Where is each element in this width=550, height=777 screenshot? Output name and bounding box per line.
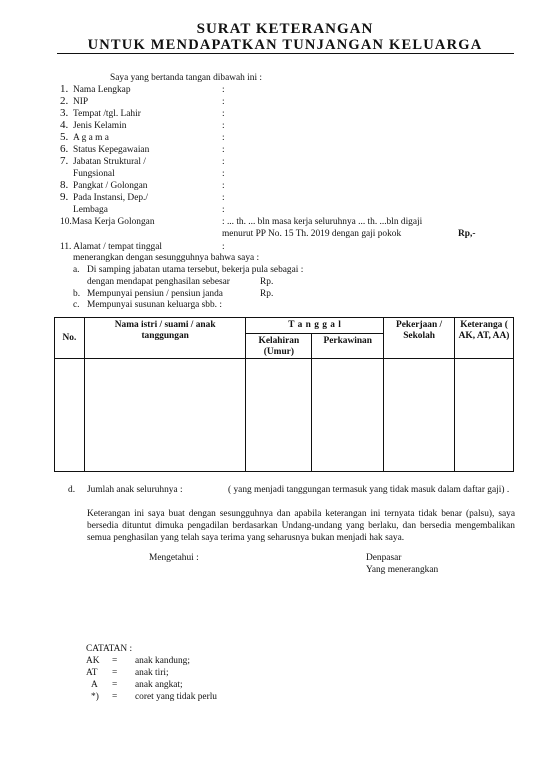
- jumlah-note-line1: ( yang menjadi tanggungan termasuk yang …: [228, 484, 515, 496]
- gaji-pokok-rp: Rp,-: [458, 228, 475, 240]
- title-underline: [57, 53, 514, 54]
- catatan-desc: anak angkat;: [135, 679, 183, 691]
- field-colon: :: [222, 108, 225, 120]
- jumlah-label: Jumlah anak seluruhnya :: [87, 484, 183, 496]
- catatan-desc: anak tiri;: [135, 667, 169, 679]
- catatan-desc: coret yang tidak perlu: [135, 691, 217, 703]
- table-row: [55, 359, 514, 472]
- cell-kelahiran[interactable]: [246, 359, 312, 472]
- col-header-kelahiran: Kelahiran (Umur): [246, 334, 312, 359]
- field-number: 8.: [60, 179, 68, 191]
- field-number: 7.: [60, 155, 68, 167]
- col-header-tanggal: T a n g g a l: [246, 318, 384, 334]
- catatan-code: A: [91, 679, 98, 691]
- field-number: 2.: [60, 95, 68, 107]
- field-label: A g a m a: [73, 132, 109, 144]
- col-header-pekerjaan: Pekerjaan / Sekolah: [384, 318, 455, 359]
- catatan-code: *): [91, 691, 99, 703]
- field-colon: :: [222, 156, 225, 168]
- field-label: Fungsional: [73, 168, 115, 180]
- field-number: 6.: [60, 143, 68, 155]
- signature-role: Yang menerangkan: [366, 564, 438, 576]
- field-colon: :: [222, 168, 225, 180]
- field-number: 4.: [60, 119, 68, 131]
- mengetahui-label: Mengetahui :: [149, 552, 199, 564]
- col-header-nama: Nama istri / suami / anak tanggungan: [84, 318, 246, 359]
- field-number: 1.: [60, 83, 68, 95]
- field-number: 5.: [60, 131, 68, 143]
- field-number: 3.: [60, 107, 68, 119]
- field-label: Jenis Kelamin: [73, 120, 126, 132]
- col-header-perkawinan: Perkawinan: [312, 334, 384, 359]
- document-subtitle: UNTUK MENDAPATKAN TUNJANGAN KELUARGA: [0, 37, 550, 54]
- intro-text: Saya yang bertanda tangan dibawah ini :: [110, 72, 262, 84]
- field-label: NIP: [73, 96, 88, 108]
- catatan-desc: anak kandung;: [135, 655, 190, 667]
- signature-place: Denpasar: [366, 552, 401, 564]
- field-label: Status Kepegawaian: [73, 144, 149, 156]
- catatan-title: CATATAN :: [86, 643, 132, 655]
- field-label: Pangkat / Golongan: [73, 180, 147, 192]
- field-colon: :: [222, 144, 225, 156]
- field-label: Nama Lengkap: [73, 84, 131, 96]
- field-colon: :: [222, 204, 225, 216]
- field-label: Jabatan Struktural /: [73, 156, 146, 168]
- field-colon: :: [222, 132, 225, 144]
- catatan-eq: =: [112, 679, 117, 691]
- cell-perkawinan[interactable]: [312, 359, 384, 472]
- jumlah-note: ( yang menjadi tanggungan termasuk yang …: [228, 485, 509, 495]
- cell-pekerjaan[interactable]: [384, 359, 455, 472]
- field-colon: :: [222, 192, 225, 204]
- item-a-marker: a.: [73, 264, 80, 276]
- masa-kerja-line2: menurut PP No. 15 Th. 2019 dengan gaji p…: [222, 228, 401, 240]
- catatan-code: AT: [86, 667, 97, 679]
- field-label: Lembaga: [73, 204, 108, 216]
- jumlah-marker: d.: [68, 484, 75, 496]
- field-label: Pada Instansi, Dep./: [73, 192, 148, 204]
- field-label: Tempat /tgl. Lahir: [73, 108, 141, 120]
- field-number: 9.: [60, 191, 68, 203]
- item-c-marker: c.: [73, 299, 80, 311]
- catatan-eq: =: [112, 691, 117, 703]
- field-colon: :: [222, 120, 225, 132]
- masa-kerja-label: 10.Masa Kerja Golongan: [60, 216, 155, 228]
- document-title: SURAT KETERANGAN: [0, 21, 550, 38]
- cell-keterangan[interactable]: [455, 359, 514, 472]
- statement-paragraph: Keterangan ini saya buat dengan sesunggu…: [87, 508, 515, 544]
- declaration-text: menerangkan dengan sesungguhnya bahwa sa…: [73, 252, 259, 264]
- item-b-rp: Rp.: [260, 288, 273, 300]
- col-header-keterangan: Keteranga ( AK, AT, AA): [455, 318, 514, 359]
- item-a-rp: Rp.: [260, 276, 273, 288]
- item-a-text: Di samping jabatan utama tersebut, beker…: [87, 264, 303, 276]
- field-colon: :: [222, 180, 225, 192]
- item-c-text: Mempunyai susunan keluarga sbb. :: [87, 299, 222, 311]
- cell-no[interactable]: [55, 359, 85, 472]
- catatan-eq: =: [112, 667, 117, 679]
- item-a-income-label: dengan mendapat penghasilan sebesar: [87, 276, 230, 288]
- catatan-eq: =: [112, 655, 117, 667]
- catatan-code: AK: [86, 655, 100, 667]
- family-table: No. Nama istri / suami / anak tanggungan…: [54, 317, 514, 472]
- cell-nama[interactable]: [84, 359, 246, 472]
- field-colon: :: [222, 84, 225, 96]
- masa-kerja-line1: : ... th. ... bln masa kerja seluruhnya …: [222, 216, 422, 228]
- col-header-no: No.: [55, 318, 85, 359]
- field-colon: :: [222, 96, 225, 108]
